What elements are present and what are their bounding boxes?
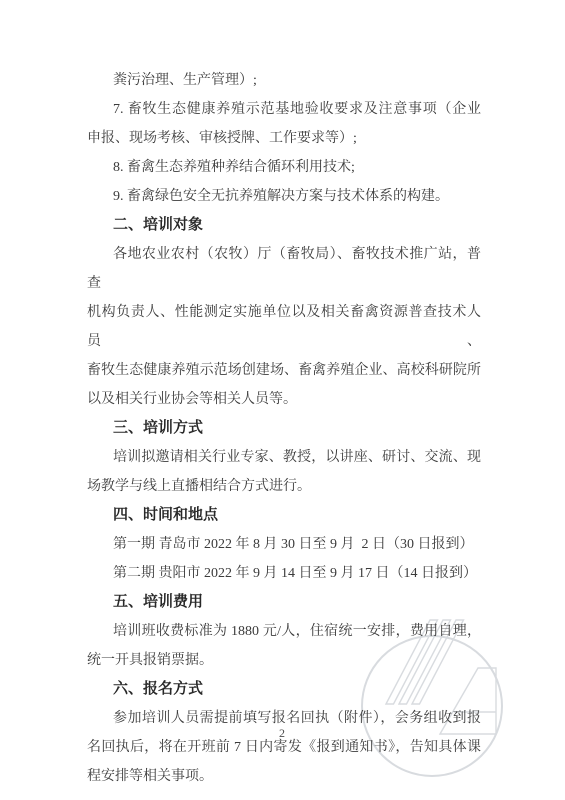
section-heading: 六、报名方式: [87, 675, 481, 704]
text-line: 程安排等相关事项。: [87, 762, 481, 791]
text-line: 三、培训方式: [87, 414, 481, 443]
text-line: 申报、现场考核、审核授牌、工作要求等）;: [87, 124, 481, 153]
text-line: 六、报名方式: [87, 675, 481, 704]
paragraph: 第一期 青岛市 2022 年 8 月 30 日至 9 月 2 日（30 日报到）: [87, 530, 481, 559]
text-line: 粪污治理、生产管理）;: [87, 66, 481, 95]
paragraph: 培训拟邀请相关行业专家、教授，以讲座、研讨、交流、现场教学与线上直播相结合方式进…: [87, 443, 481, 501]
text-line: 第一期 青岛市 2022 年 8 月 30 日至 9 月 2 日（30 日报到）: [87, 530, 481, 559]
text-line: 四、时间和地点: [87, 501, 481, 530]
section-heading: 三、培训方式: [87, 414, 481, 443]
paragraph: 8. 畜禽生态养殖种养结合循环利用技术;: [87, 153, 481, 182]
text-line: 以及相关行业协会等相关人员等。: [87, 385, 481, 414]
paragraph: 第二期 贵阳市 2022 年 9 月 14 日至 9 月 17 日（14 日报到…: [87, 559, 481, 588]
text-line: 二、培训对象: [87, 211, 481, 240]
text-line: 统一开具报销票据。: [87, 646, 481, 675]
text-line: 第二期 贵阳市 2022 年 9 月 14 日至 9 月 17 日（14 日报到…: [87, 559, 481, 588]
text-line: 7. 畜牧生态健康养殖示范基地验收要求及注意事项（企业: [87, 95, 481, 124]
text-line: 培训拟邀请相关行业专家、教授，以讲座、研讨、交流、现: [87, 443, 481, 472]
paragraph: 各地农业农村（农牧）厅（畜牧局）、畜牧技术推广站，普查机构负责人、性能测定实施单…: [87, 240, 481, 414]
document-page: 粪污治理、生产管理）;7. 畜牧生态健康养殖示范基地验收要求及注意事项（企业申报…: [0, 0, 565, 800]
section-heading: 五、培训费用: [87, 588, 481, 617]
text-line: 8. 畜禽生态养殖种养结合循环利用技术;: [87, 153, 481, 182]
section-heading: 四、时间和地点: [87, 501, 481, 530]
section-heading: 二、培训对象: [87, 211, 481, 240]
paragraph: 9. 畜禽绿色安全无抗养殖解决方案与技术体系的构建。: [87, 182, 481, 211]
text-line: 各地农业农村（农牧）厅（畜牧局）、畜牧技术推广站，普查: [87, 240, 481, 298]
paragraph: 培训班收费标准为 1880 元/人，住宿统一安排，费用自理，统一开具报销票据。: [87, 617, 481, 675]
text-line: 畜牧生态健康养殖示范场创建场、畜禽养殖企业、高校科研院所: [87, 356, 481, 385]
text-line: 机构负责人、性能测定实施单位以及相关畜禽资源普查技术人员、: [87, 298, 481, 356]
text-line: 9. 畜禽绿色安全无抗养殖解决方案与技术体系的构建。: [87, 182, 481, 211]
text-line: 场教学与线上直播相结合方式进行。: [87, 472, 481, 501]
text-line: 五、培训费用: [87, 588, 481, 617]
page-number: 2: [0, 726, 565, 741]
paragraph: 参加培训人员需提前填写报名回执（附件），会务组收到报名回执后，将在开班前 7 日…: [87, 704, 481, 791]
document-content: 粪污治理、生产管理）;7. 畜牧生态健康养殖示范基地验收要求及注意事项（企业申报…: [87, 66, 481, 791]
paragraph: 粪污治理、生产管理）;: [87, 66, 481, 95]
paragraph: 7. 畜牧生态健康养殖示范基地验收要求及注意事项（企业申报、现场考核、审核授牌、…: [87, 95, 481, 153]
text-line: 培训班收费标准为 1880 元/人，住宿统一安排，费用自理，: [87, 617, 481, 646]
